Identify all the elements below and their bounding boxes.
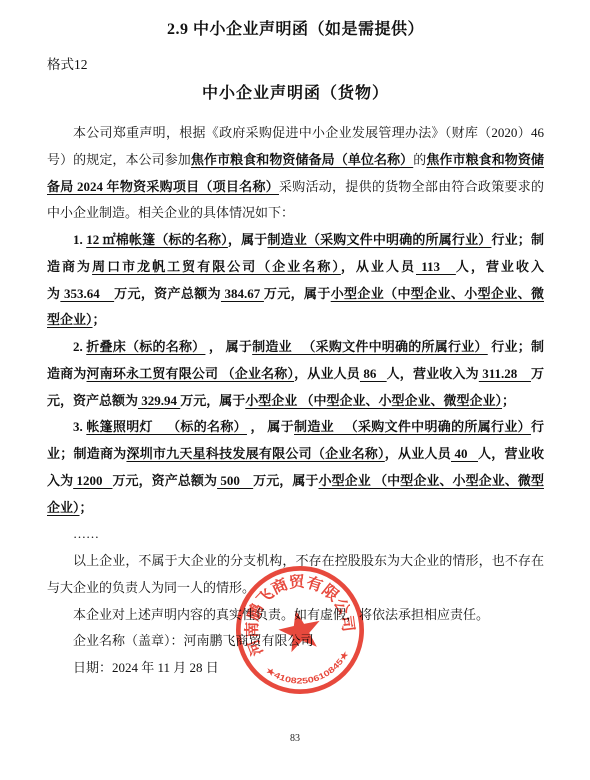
filled-blank: 353.64 bbox=[60, 286, 114, 301]
page-number: 83 bbox=[0, 733, 590, 744]
text-segment: ； bbox=[80, 500, 93, 515]
filled-blank: 制造业 （采购文件中明确的所属行业） bbox=[294, 419, 531, 434]
document-body: 2.9 中小企业声明函（如是需提供） 格式12 中小企业声明函（货物） 本公司郑… bbox=[0, 0, 590, 682]
text-segment: ， 属于 bbox=[247, 419, 294, 434]
filled-blank: 焦作市粮食和物资储备局（单位名称） bbox=[191, 152, 413, 167]
format-label: 格式12 bbox=[47, 56, 544, 74]
intro-paragraph: 本公司郑重声明，根据《政府采购促进中小企业发展管理办法》（财库（2020）46 … bbox=[47, 120, 544, 227]
text-segment: 2. bbox=[73, 339, 86, 354]
enterprise-item-1: 1. 12 ㎡棉帐篷（标的名称），属于制造业（采购文件中明确的所属行业）行业；制… bbox=[47, 227, 544, 334]
filled-blank: 311.28 bbox=[479, 366, 531, 381]
enterprise-item-2: 2. 折叠床（标的名称） ， 属于制造业 （采购文件中明确的所属行业） 行业；制… bbox=[47, 334, 544, 414]
text-segment: 人，营业收入为 bbox=[387, 366, 479, 381]
text-segment: 万元，属于 bbox=[253, 473, 318, 488]
document-title: 中小企业声明函（货物） bbox=[47, 84, 544, 104]
filled-blank: 329.94 bbox=[138, 393, 180, 408]
text-segment: 万元，资产总额为 bbox=[112, 473, 217, 488]
text-segment: 3. bbox=[73, 419, 86, 434]
closing-paragraph-2: 本企业对上述声明内容的真实性负责。如有虚假，将依法承担相应责任。 bbox=[47, 602, 544, 629]
text-segment: ，属于 bbox=[228, 232, 268, 247]
declaration-document-page: { "header": { "section_title": "2.9 中小企业… bbox=[0, 0, 590, 780]
filled-blank: 周口市龙帆工贸有限公司（企业名称） bbox=[92, 259, 341, 274]
filled-blank: 384.67 bbox=[221, 286, 264, 301]
filled-blank: 小型企业 （中型企业、小型企业、微型企业） bbox=[245, 393, 502, 408]
filled-blank: 500 bbox=[217, 473, 253, 488]
text-segment: ； bbox=[502, 393, 515, 408]
text-segment: 万元，属于 bbox=[180, 393, 245, 408]
filled-blank: 河南环永工贸有限公司 （企业名称） bbox=[87, 366, 295, 381]
text-segment: ，从业人员 bbox=[341, 259, 416, 274]
company-name-line: 企业名称（盖章）：河南鹏飞商贸有限公司 bbox=[47, 628, 544, 655]
text-segment: ，从业人员 bbox=[385, 446, 451, 461]
filled-blank: 帐篷照明灯 （标的名称） bbox=[86, 419, 247, 434]
text-segment: 万元，属于 bbox=[264, 286, 331, 301]
filled-blank: 深圳市九天星科技发展有限公司（企业名称） bbox=[126, 446, 384, 461]
filled-blank: 113 bbox=[416, 259, 456, 274]
text-segment: 1. bbox=[73, 232, 86, 247]
enterprise-item-3: 3. 帐篷照明灯 （标的名称） ， 属于制造业 （采购文件中明确的所属行业）行业… bbox=[47, 414, 544, 521]
section-title: 2.9 中小企业声明函（如是需提供） bbox=[47, 20, 544, 40]
filled-blank: 86 bbox=[360, 366, 387, 381]
text-segment: ； bbox=[93, 312, 106, 327]
text-segment: ，从业人员 bbox=[294, 366, 360, 381]
closing-paragraph-1: 以上企业，不属于大企业的分支机构，不存在控股股东为大企业的情形，也不存在与大企业… bbox=[47, 548, 544, 602]
filled-blank: 12 ㎡棉帐篷（标的名称） bbox=[86, 232, 228, 247]
filled-blank: 制造业 （采购文件中明确的所属行业） bbox=[252, 339, 488, 354]
filled-blank: 折叠床（标的名称） bbox=[86, 339, 205, 354]
filled-blank: 1200 bbox=[73, 473, 112, 488]
filled-blank: 制造业（采购文件中明确的所属行业） bbox=[267, 232, 491, 247]
text-segment: ， 属于 bbox=[205, 339, 252, 354]
ellipsis-line: …… bbox=[47, 521, 544, 548]
date-line: 日期：2024 年 11 月 28 日 bbox=[47, 655, 544, 682]
filled-blank: 40 bbox=[451, 446, 478, 461]
text-segment: 的 bbox=[413, 152, 426, 167]
text-segment: 万元，资产总额为 bbox=[114, 286, 221, 301]
